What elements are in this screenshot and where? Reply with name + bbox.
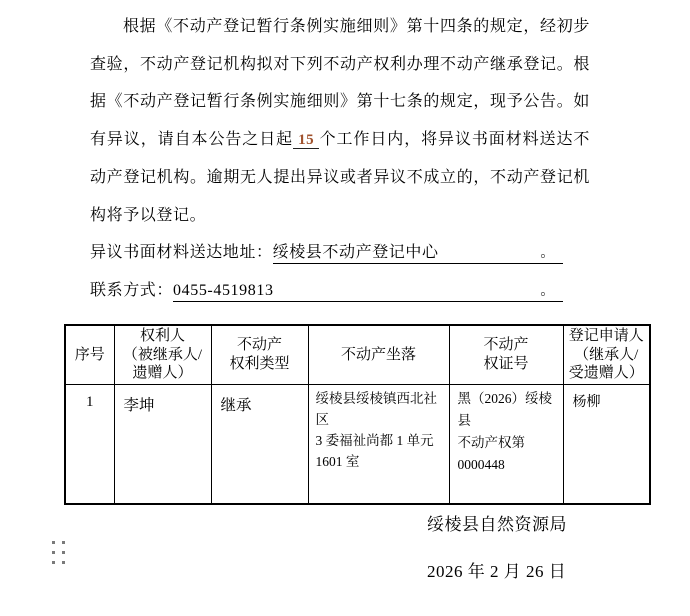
objection-days-value: 15 [293, 132, 319, 149]
objection-address-value: 绥棱县不动产登记中心 [273, 243, 439, 263]
header-right-type: 不动产 权利类型 [211, 325, 308, 384]
cell-property-location: 绥棱县绥棱镇西北社区 3 委福祉尚都 1 单元 1601 室 [308, 384, 449, 504]
contact-phone-value: 0455-4519813 [173, 281, 274, 301]
header-certificate-number: 不动产 权证号 [449, 325, 563, 384]
notice-document: 根据《不动产登记暂行条例实施细则》第十四条的规定，经初步查验，不动产登记机构拟对… [0, 0, 690, 616]
paragraph-text-part1: 根据《不动产登记暂行条例实施细则》第十四条的规定，经初步查验，不动产登记机构拟对… [90, 18, 590, 148]
header-serial-number: 序号 [65, 325, 114, 384]
objection-address-row: 异议书面材料送达地址： 绥棱县不动产登记中心 。 [90, 234, 563, 272]
issuer-name: 绥棱县自然资源局 [427, 510, 690, 535]
table-header-row: 序号 权利人 （被继承人/ 遗赠人） 不动产 权利类型 不动产坐落 不动产 权证… [65, 325, 650, 384]
objection-address-label: 异议书面材料送达地址： [90, 234, 273, 272]
objection-address-underline: 绥棱县不动产登记中心 。 [273, 243, 563, 264]
cell-right-holder: 李坤 [114, 384, 211, 504]
contact-label: 联系方式： [90, 272, 173, 310]
objection-address-terminator: 。 [540, 245, 563, 263]
table-row: 1 李坤 继承 绥棱县绥棱镇西北社区 3 委福祉尚都 1 单元 1601 室 黑… [65, 384, 650, 504]
cell-right-type: 继承 [211, 384, 308, 504]
cell-applicant: 杨柳 [563, 384, 650, 504]
contact-underline: 0455-4519813 。 [173, 281, 563, 302]
drag-handle-icon[interactable] [52, 541, 66, 566]
cell-serial-number: 1 [65, 384, 114, 504]
contact-row: 联系方式： 0455-4519813 。 [90, 272, 563, 310]
issue-date: 2026 年 2 月 26 日 [427, 557, 690, 582]
header-right-holder: 权利人 （被继承人/ 遗赠人） [114, 325, 211, 384]
registration-table: 序号 权利人 （被继承人/ 遗赠人） 不动产 权利类型 不动产坐落 不动产 权证… [64, 324, 651, 505]
header-applicant: 登记申请人 （继承人/ 受遗赠人） [563, 325, 650, 384]
contact-terminator: 。 [540, 283, 563, 301]
cell-certificate-number: 黑（2026）绥棱县 不动产权第 0000448 [449, 384, 563, 504]
header-property-location: 不动产坐落 [308, 325, 449, 384]
notice-paragraph: 根据《不动产登记暂行条例实施细则》第十四条的规定，经初步查验，不动产登记机构拟对… [90, 8, 590, 234]
